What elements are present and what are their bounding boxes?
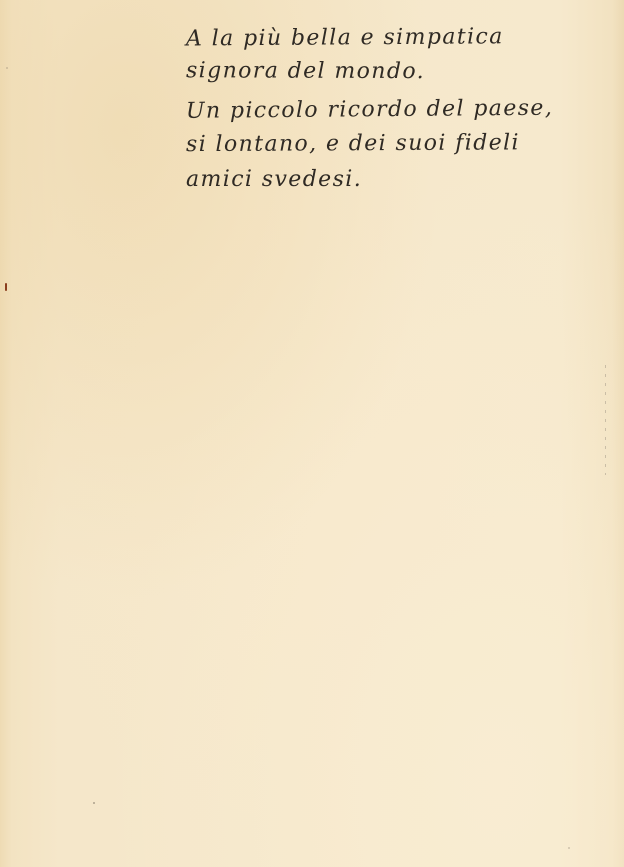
right-margin-pencil-trace: [605, 365, 606, 475]
note-line-3: Un piccolo ricordo del paese,: [186, 90, 606, 130]
paper-page: A la più bella e simpatica signora del m…: [0, 0, 624, 867]
paper-speck: [6, 67, 8, 69]
paper-speck: [568, 847, 570, 849]
note-line-2: signora del mondo.: [186, 53, 606, 90]
note-line-4: si lontano, e dei suoi fideli: [186, 125, 606, 163]
paper-speck: [93, 802, 95, 804]
note-line-5: amici svedesi.: [186, 162, 606, 198]
left-edge-ink-mark: [5, 283, 7, 291]
handwritten-dedication: A la più bella e simpatica signora del m…: [186, 20, 606, 200]
note-line-1: A la più bella e simpatica: [186, 19, 606, 58]
